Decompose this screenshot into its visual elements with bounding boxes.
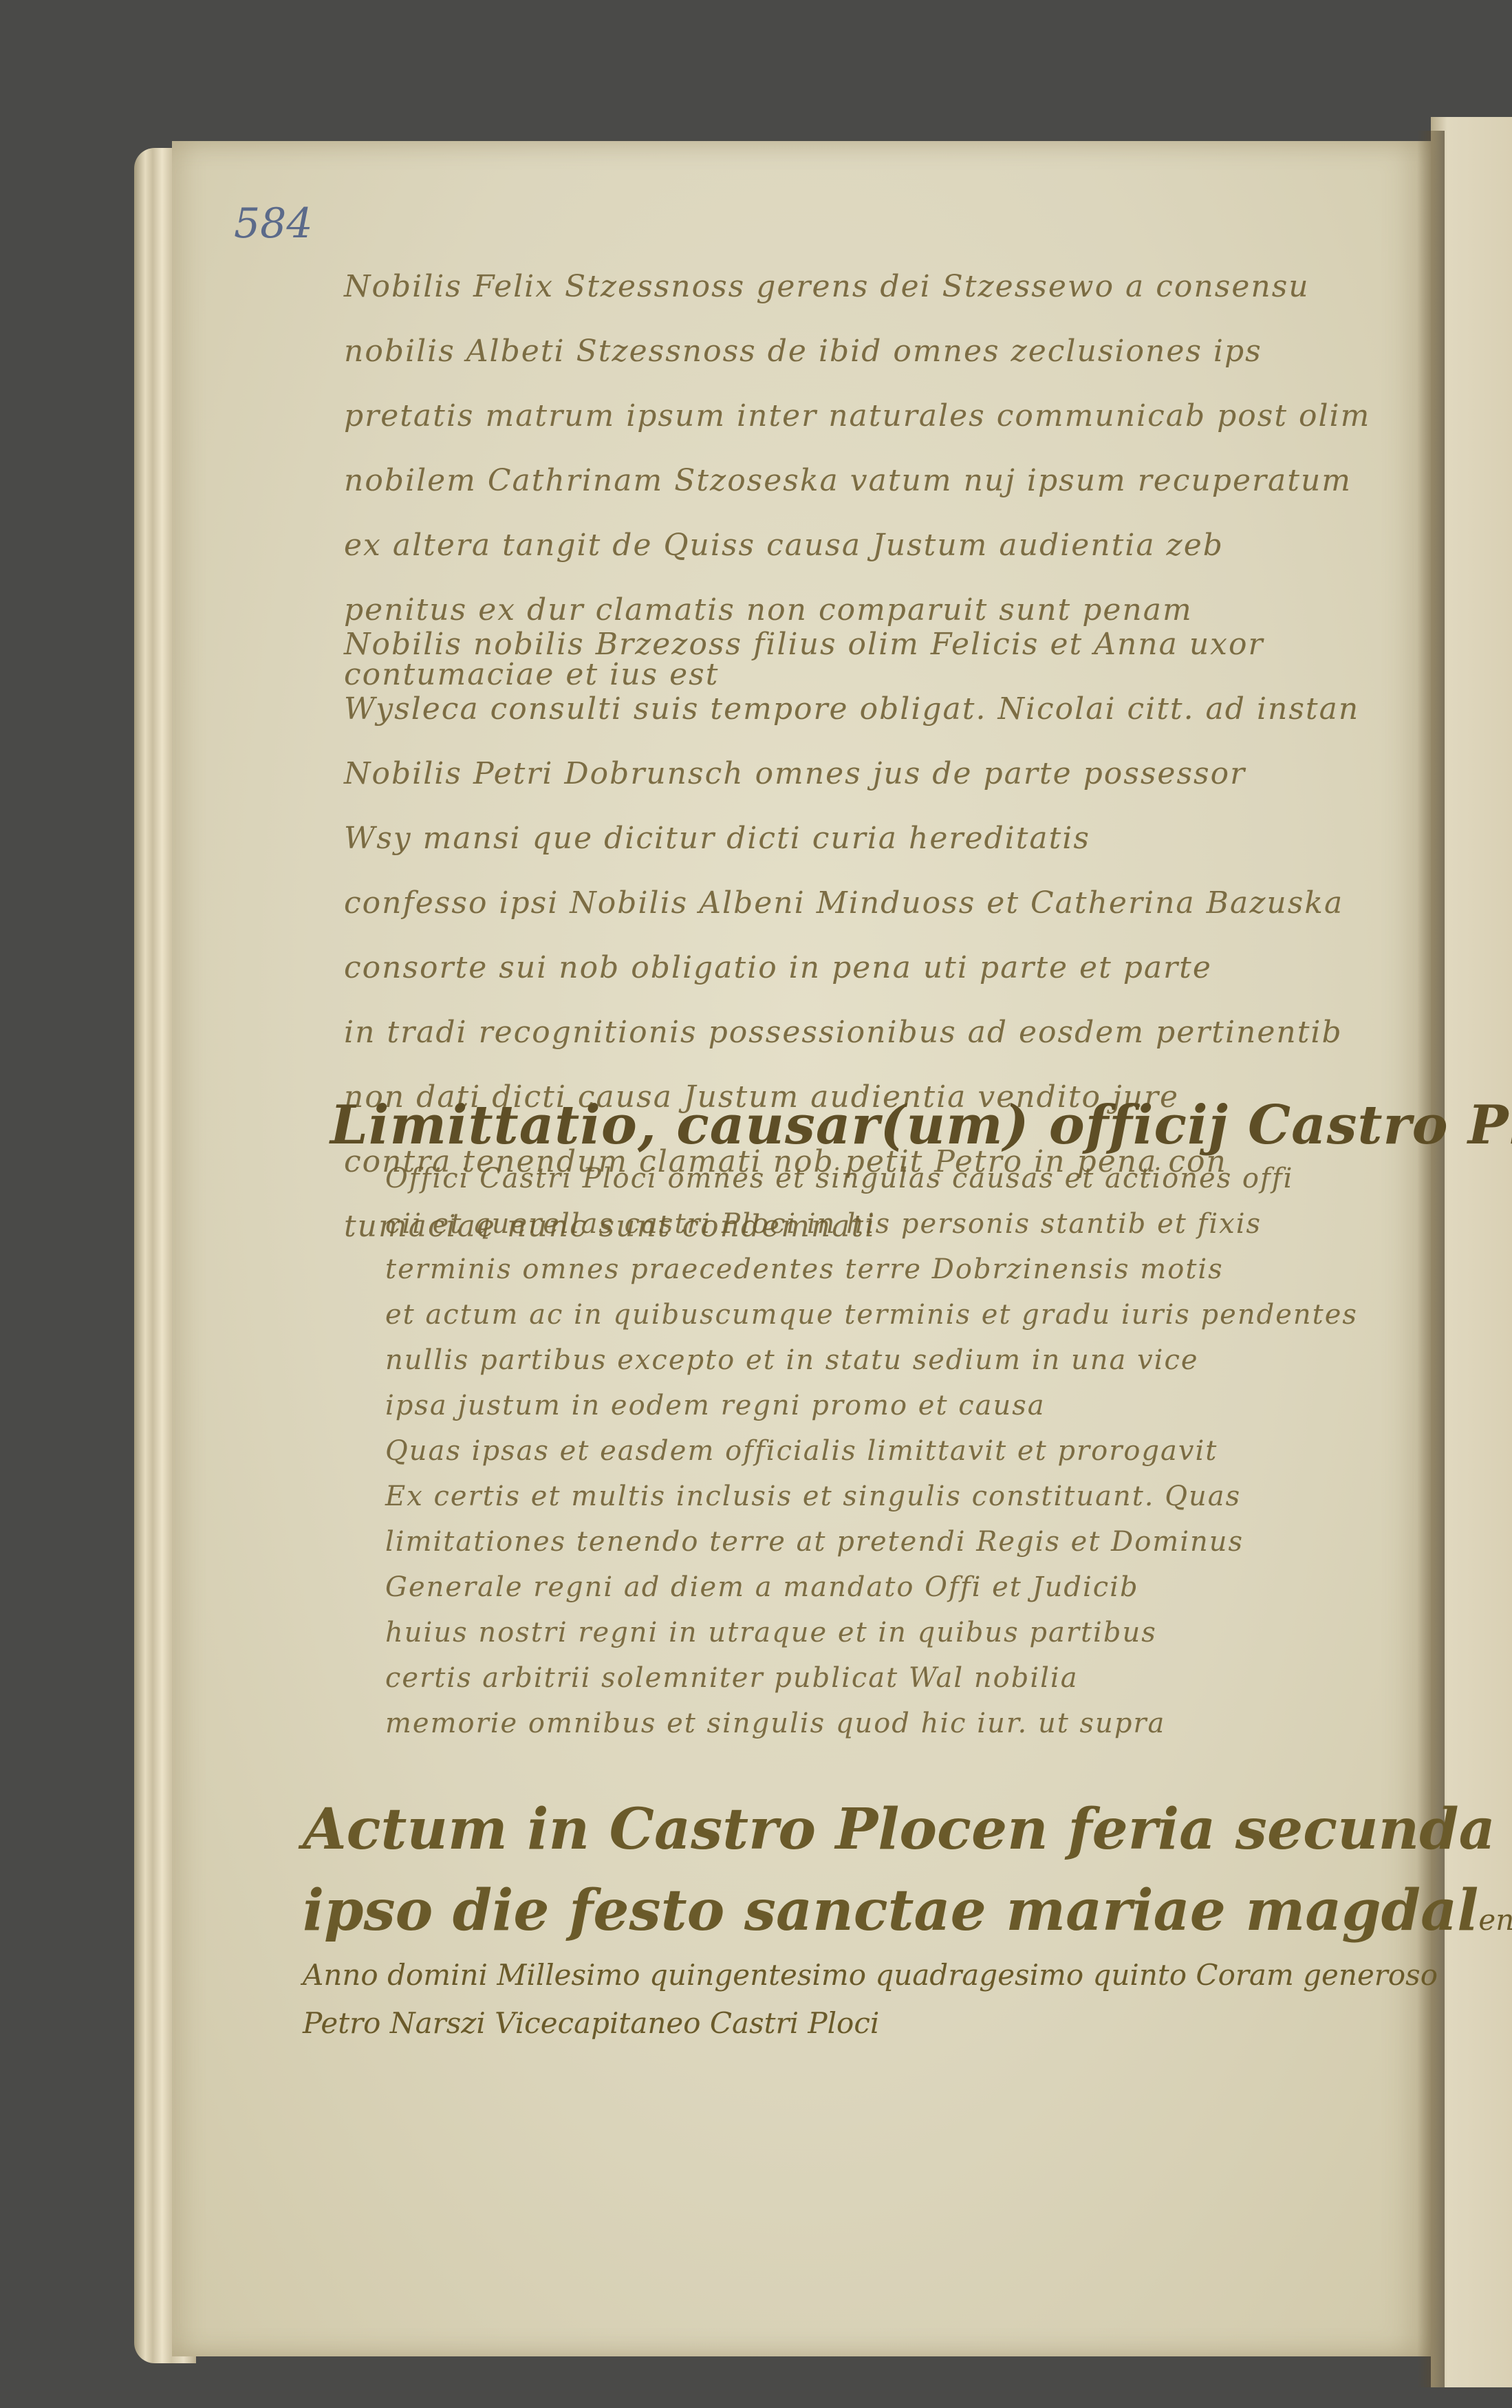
body-line: huius nostri regni in utraque et in quib… (385, 1610, 1358, 1655)
entry-line: Nobilis nobilis Brzezoss filius olim Fel… (344, 612, 1359, 677)
body-line: Quas ipsas et easdem officialis limittav… (385, 1428, 1358, 1474)
entry-line: nobilem Cathrinam Stzoseska vatum nuj ip… (344, 449, 1370, 513)
closing-line-3: Anno domini Millesimo quingentesimo quad… (303, 1951, 1512, 1999)
body-line: certis arbitrii solemniter publicat Wal … (385, 1655, 1358, 1701)
binding-gutter (1417, 131, 1445, 2387)
closing-line-1: Actum in Castro Plocen feria secunda (303, 1789, 1512, 1870)
section-heading: Limittatio, causar(um) officij Castro Pl… (330, 1094, 1512, 1157)
entry-line: Nobilis Felix Stzessnoss gerens dei Stze… (344, 255, 1370, 319)
entry-line: consorte sui nob obligatio in pena uti p… (344, 936, 1359, 1000)
body-line: terminis omnes praecedentes terre Dobrzi… (385, 1247, 1358, 1292)
entry-line: Wsy mansi que dicitur dicti curia heredi… (344, 806, 1359, 871)
entry-line: Nobilis Petri Dobrunsch omnes jus de par… (344, 742, 1359, 806)
entry-line: nobilis Albeti Stzessnoss de ibid omnes … (344, 319, 1370, 384)
entry-line: Wysleca consulti suis tempore obligat. N… (344, 677, 1359, 742)
body-line: et actum ac in quibuscumque terminis et … (385, 1292, 1358, 1337)
closing-line-4: Petro Narszi Vicecapitaneo Castri Ploci (303, 1999, 1512, 2047)
body-line: memorie omnibus et singulis quod hic iur… (385, 1701, 1358, 1746)
body-line: limitationes tenendo terre at pretendi R… (385, 1519, 1358, 1565)
closing-formula: Actum in Castro Plocen feria secunda ips… (303, 1789, 1512, 2047)
body-line: Generale regni ad diem a mandato Offi et… (385, 1565, 1358, 1610)
body-line: ipsa justum in eodem regni promo et caus… (385, 1383, 1358, 1428)
closing-line-2: ipso die festo sanctae mariae magdalenae (303, 1870, 1512, 1951)
entry-line: pretatis matrum ipsum inter naturales co… (344, 384, 1370, 449)
body-line: nullis partibus excepto et in statu sedi… (385, 1337, 1358, 1383)
body-line: Offici Castri Ploci omnes et singulas ca… (385, 1156, 1358, 1201)
folio-number: 584 (234, 200, 313, 248)
entry-line: confesso ipsi Nobilis Albeni Minduoss et… (344, 871, 1359, 936)
body-line: cii et querellas castri Ploci in his per… (385, 1201, 1358, 1247)
body-line: Ex certis et multis inclusis et singulis… (385, 1474, 1358, 1519)
limitation-body: Offici Castri Ploci omnes et singulas ca… (385, 1156, 1358, 1746)
entry-line: ex altera tangit de Quiss causa Justum a… (344, 513, 1370, 578)
entry-line: in tradi recognitionis possessionibus ad… (344, 1000, 1359, 1065)
